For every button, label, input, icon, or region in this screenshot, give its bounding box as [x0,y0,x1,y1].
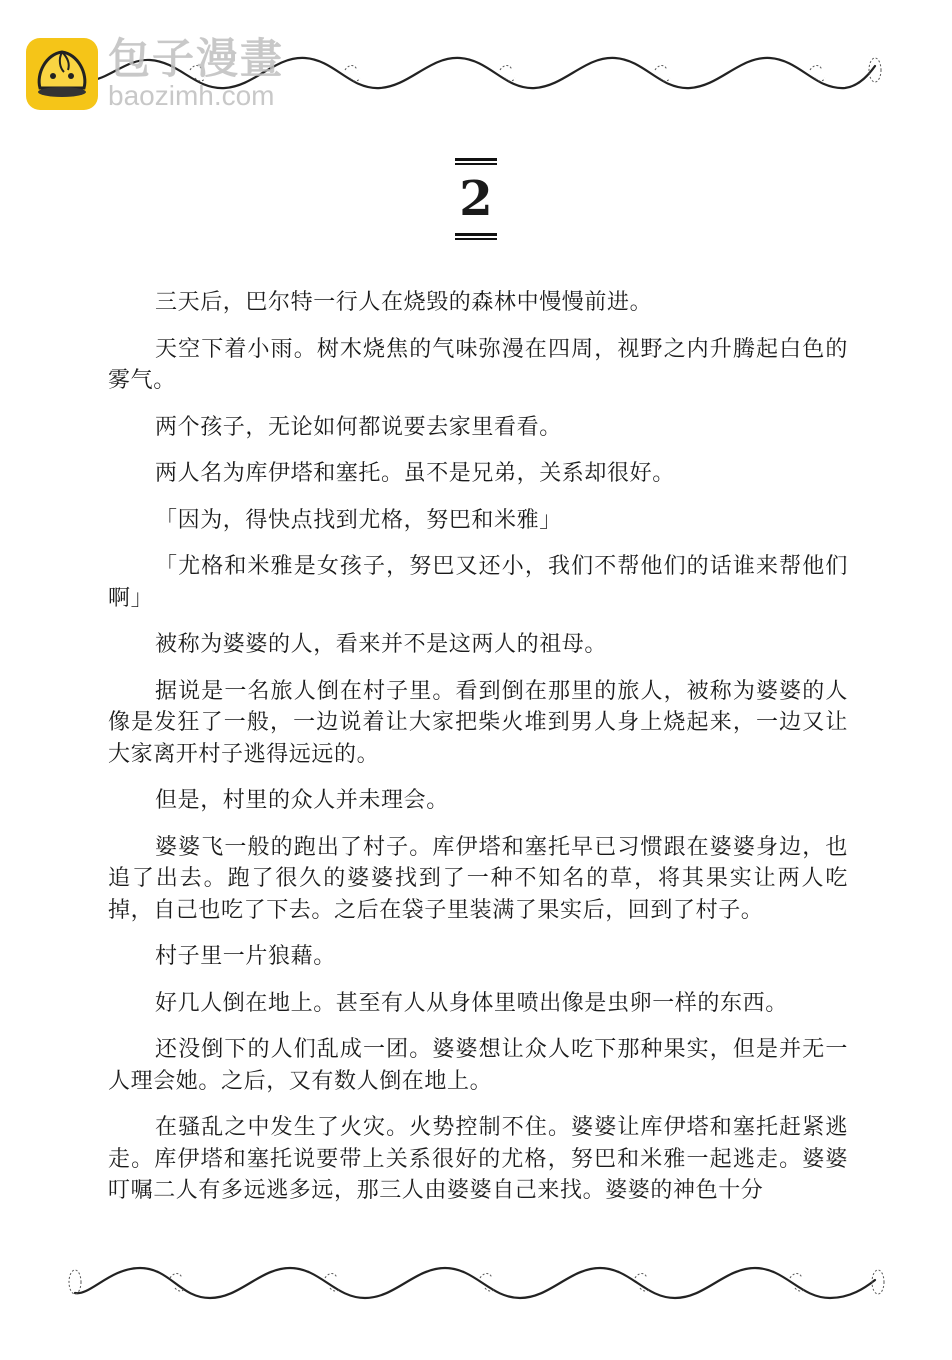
paragraph: 被称为婆婆的人，看来并不是这两人的祖母。 [108,629,848,661]
paragraph: 两人名为库伊塔和塞托。虽不是兄弟，关系却很好。 [108,458,848,490]
watermark-brand-name: 包子漫畫 [108,38,284,80]
rule-top [455,158,497,165]
vine-scroll-icon [60,1258,890,1308]
paragraph: 天空下着小雨。树木烧焦的气味弥漫在四周，视野之内升腾起白色的雾气。 [108,334,848,397]
site-watermark: 包子漫畫 baozimh.com [26,34,284,114]
paragraph: 据说是一名旅人倒在村子里。看到倒在那里的旅人，被称为婆婆的人像是发狂了一般，一边… [108,676,848,771]
paragraph: 在骚乱之中发生了火灾。火势控制不住。婆婆让库伊塔和塞托赶紧逃走。库伊塔和塞托说要… [108,1112,848,1207]
dialogue-paragraph: 「因为，得快点找到尤格，努巴和米雅」 [108,505,848,537]
paragraph: 但是，村里的众人并未理会。 [108,785,848,817]
paragraph: 婆婆飞一般的跑出了村子。库伊塔和塞托早已习惯跟在婆婆身边，也追了出去。跑了很久的… [108,832,848,927]
bun-logo-icon [26,38,98,110]
ornament-border-bottom [60,1258,890,1308]
paragraph: 还没倒下的人们乱成一团。婆婆想让众人吃下那种果实，但是并无一人理会她。之后，又有… [108,1034,848,1097]
paragraph: 好几人倒在地上。甚至有人从身体里喷出像是虫卵一样的东西。 [108,988,848,1020]
rule-bottom [455,233,497,240]
chapter-heading: 2 [454,158,498,240]
watermark-url: baozimh.com [108,82,284,110]
paragraph: 两个孩子，无论如何都说要去家里看看。 [108,412,848,444]
body-text: 三天后，巴尔特一行人在烧毁的森林中慢慢前进。 天空下着小雨。树木烧焦的气味弥漫在… [108,287,848,1222]
paragraph: 三天后，巴尔特一行人在烧毁的森林中慢慢前进。 [108,287,848,319]
chapter-number: 2 [454,165,498,233]
dialogue-paragraph: 「尤格和米雅是女孩子，努巴又还小，我们不帮他们的话谁来帮他们啊」 [108,551,848,614]
paragraph: 村子里一片狼藉。 [108,941,848,973]
